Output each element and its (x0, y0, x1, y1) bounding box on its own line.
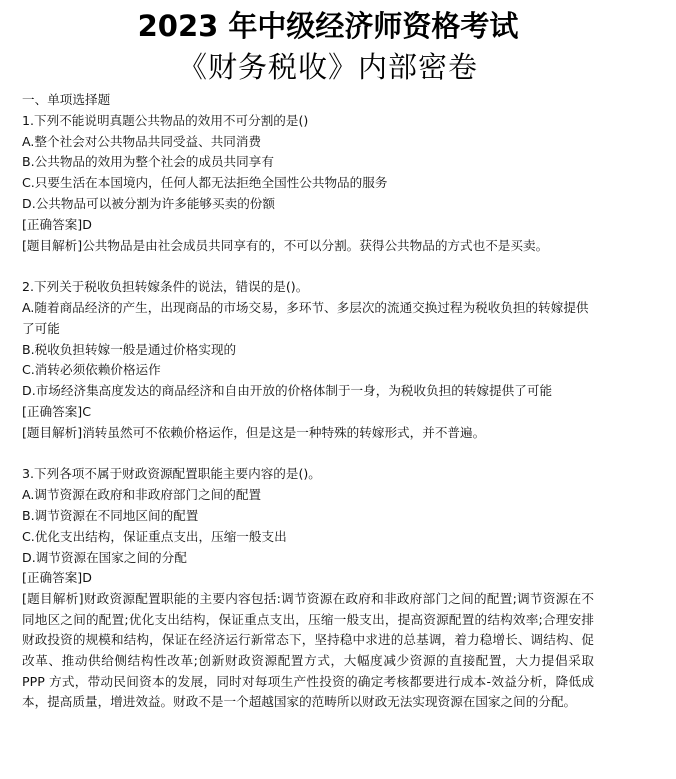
option-a: A.调节资源在政府和非政府部门之间的配置 (22, 485, 592, 506)
option-c: C.优化支出结构，保证重点支出，压缩一般支出 (22, 527, 592, 548)
document-subtitle: 《财务税收》内部密卷 (0, 45, 666, 86)
option-b: B.税收负担转嫁一般是通过价格实现的 (22, 340, 592, 361)
option-b: B.公共物品的效用为整个社会的成员共同享有 (22, 152, 592, 173)
explanation: [题目解析]公共物品是由社会成员共同享有的，不可以分割。获得公共物品的方式也不是… (22, 236, 592, 257)
question-stem: 3.下列各项不属于财政资源配置职能主要内容的是()。 (22, 464, 592, 485)
option-a: A.随着商品经济的产生，出现商品的市场交易，多环节、多层次的流通交换过程为税收负… (22, 298, 592, 340)
question-1: 1.下列不能说明真题公共物品的效用不可分割的是() A.整个社会对公共物品共同受… (22, 111, 592, 257)
question-stem: 2.下列关于税收负担转嫁条件的说法，错误的是()。 (22, 277, 592, 298)
option-c: C.只要生活在本国境内，任何人都无法拒绝全国性公共物品的服务 (22, 173, 592, 194)
option-d: D.市场经济集高度发达的商品经济和自由开放的价格体制于一身，为税收负担的转嫁提供… (22, 381, 592, 402)
question-3: 3.下列各项不属于财政资源配置职能主要内容的是()。 A.调节资源在政府和非政府… (22, 464, 592, 712)
option-d: D.公共物品可以被分割为许多能够买卖的份额 (22, 194, 592, 215)
correct-answer: [正确答案]C (22, 402, 592, 423)
spacer (22, 444, 592, 465)
option-b: B.调节资源在不同地区间的配置 (22, 506, 592, 527)
correct-answer: [正确答案]D (22, 568, 592, 589)
question-2: 2.下列关于税收负担转嫁条件的说法，错误的是()。 A.随着商品经济的产生，出现… (22, 277, 592, 443)
spacer (22, 256, 592, 277)
option-c: C.消转必须依赖价格运作 (22, 360, 592, 381)
question-stem: 1.下列不能说明真题公共物品的效用不可分割的是() (22, 111, 592, 132)
section-heading: 一、单项选择题 (22, 90, 592, 111)
correct-answer: [正确答案]D (22, 215, 592, 236)
document-body: 一、单项选择题 1.下列不能说明真题公共物品的效用不可分割的是() A.整个社会… (22, 90, 592, 713)
explanation: [题目解析]财政资源配置职能的主要内容包括:调节资源在政府和非政府部门之间的配置… (22, 589, 594, 713)
document-title: 2023 年中级经济师资格考试 (0, 4, 666, 45)
option-a: A.整个社会对公共物品共同受益、共同消费 (22, 132, 592, 153)
option-d: D.调节资源在国家之间的分配 (22, 548, 592, 569)
explanation: [题目解析]消转虽然可不依赖价格运作，但是这是一种特殊的转嫁形式，并不普遍。 (22, 423, 592, 444)
